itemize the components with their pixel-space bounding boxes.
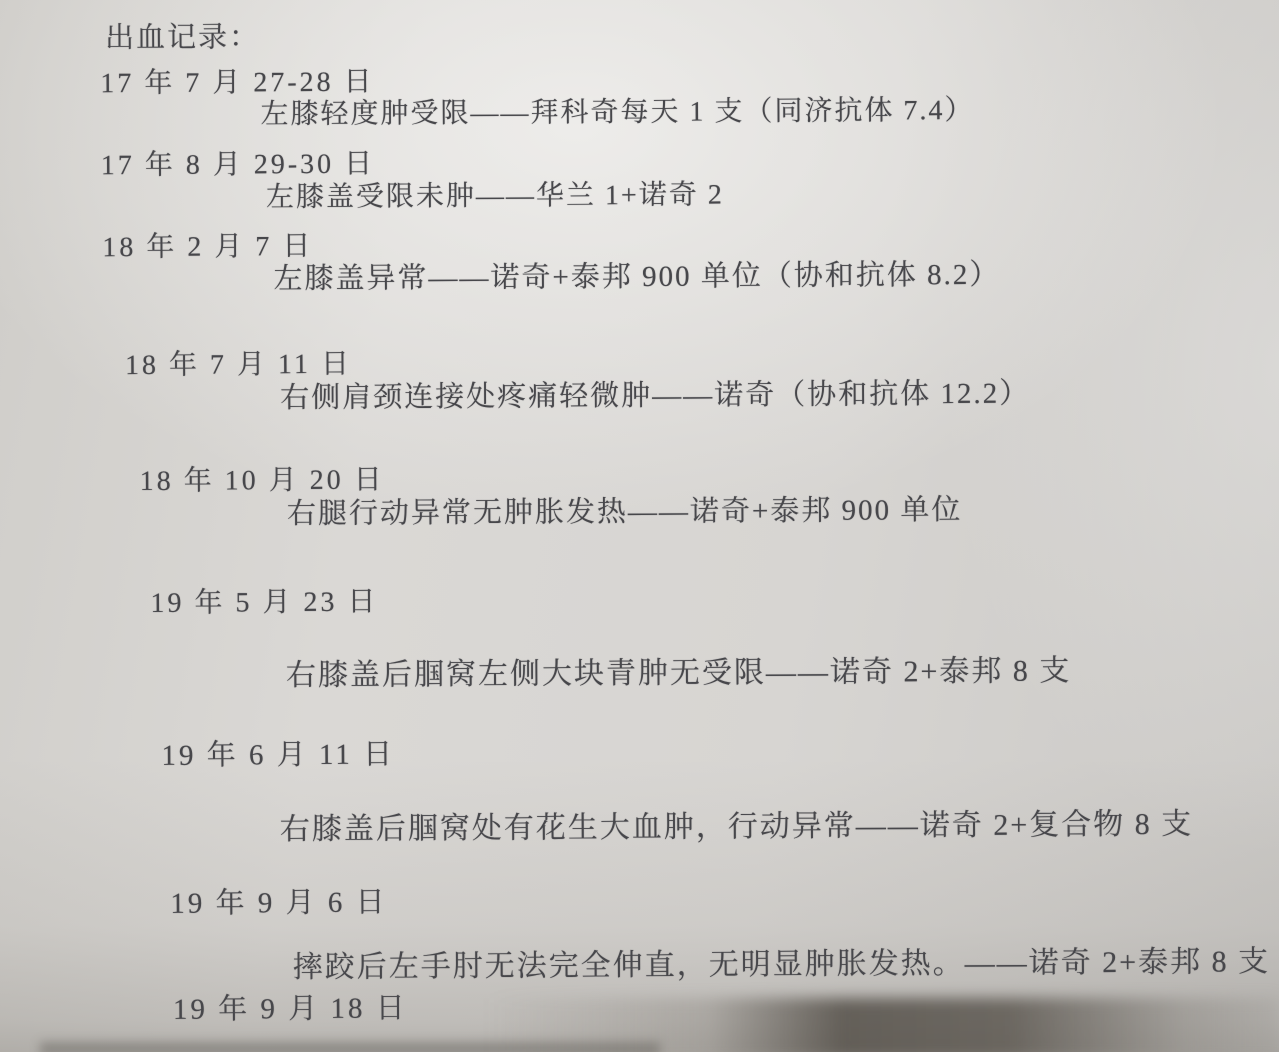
entry-date: 19 年 6 月 11 日 xyxy=(161,731,395,773)
document-text: 出血记录： 17 年 7 月 27-28 日 左膝轻度肿受限——拜科奇每天 1 … xyxy=(0,0,1279,1052)
entry-detail: 右膝盖后腘窝处有花生大血肿，行动异常——诺奇 2+复合物 8 支 xyxy=(280,799,1194,849)
entry-detail: 左膝盖异常——诺奇+泰邦 900 单位（协和抗体 8.2） xyxy=(273,252,1000,297)
entry-detail: 右侧肩颈连接处疼痛轻微肿——诺奇（协和抗体 12.2） xyxy=(280,371,1030,417)
document-photo: 出血记录： 17 年 7 月 27-28 日 左膝轻度肿受限——拜科奇每天 1 … xyxy=(0,0,1279,1052)
entry-detail: 右膝盖后腘窝左侧大块青肿无受限——诺奇 2+泰邦 8 支 xyxy=(286,645,1072,694)
entry-detail: 左膝轻度肿受限——拜科奇每天 1 支（同济抗体 7.4） xyxy=(260,88,974,132)
entry-date: 19 年 5 月 23 日 xyxy=(150,580,378,621)
entry-detail: 右腿行动异常无肿胀发热——诺奇+泰邦 900 单位 xyxy=(287,487,963,532)
page-title: 出血记录： xyxy=(105,14,260,56)
entry-date: 19 年 9 月 18 日 xyxy=(173,985,408,1027)
entry-detail: 摔跤后左手肘无法完全伸直，无明显肿胀发热。——诺奇 2+泰邦 8 支 xyxy=(293,936,1271,986)
entry-date: 19 年 9 月 6 日 xyxy=(170,880,388,922)
entry-detail: 左膝盖受限未肿——华兰 1+诺奇 2 xyxy=(266,172,724,215)
paper-bottom-shadow xyxy=(486,998,1279,1052)
